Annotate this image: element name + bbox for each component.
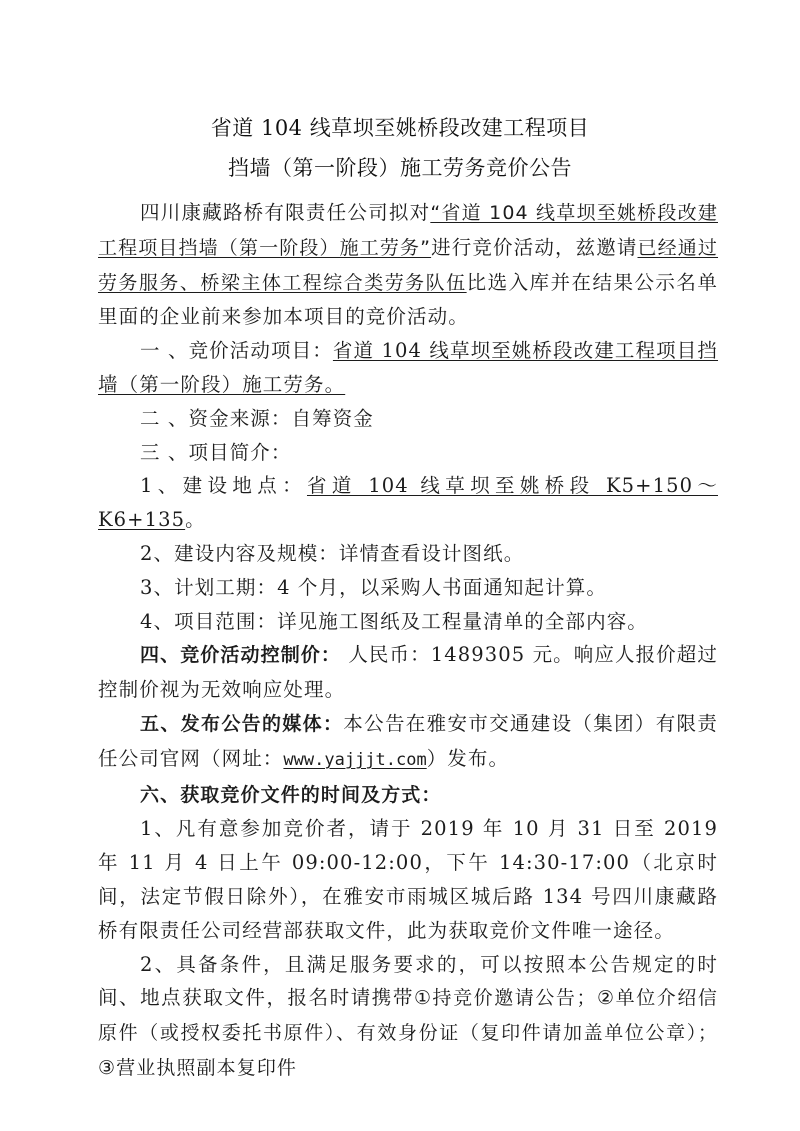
- document-title-line-1: 省道 104 线草坝至姚桥段改建工程项目: [0, 116, 800, 140]
- section-3-item-1: 1、建设地点：省道 104 线草坝至姚桥段 K5+150～K6+135。: [98, 469, 718, 537]
- intro-text-2: 进行竞价活动，兹邀请: [431, 236, 637, 259]
- section-6-item-2: 2、具备条件，且满足服务要求的，可以按照本公告规定的时间、地点获取文件，报名时请…: [98, 948, 718, 1086]
- section-2-label: 二 、资金来源：: [140, 407, 292, 430]
- document-page: 省道 104 线草坝至姚桥段改建工程项目 挡墙（第一阶段）施工劳务竞价公告 四川…: [0, 0, 800, 1131]
- section-4-label: 四、竞价活动控制价：: [140, 644, 341, 666]
- intro-paragraph: 四川康藏路桥有限责任公司拟对“省道 104 线草坝至姚桥段改建工程项目挡墙（第一…: [98, 196, 718, 334]
- section-3-item-3: 3、计划工期：4 个月，以采购人书面通知起计算。: [98, 571, 718, 605]
- section-6-item-1: 1、凡有意参加竞价者，请于 2019 年 10 月 31 日至 2019 年 1…: [98, 812, 718, 947]
- section-2-value: 自筹资金: [292, 407, 374, 430]
- section-3-item-4: 4、项目范围：详见施工图纸及工程量清单的全部内容。: [98, 605, 718, 639]
- section-5: 五、发布公告的媒体：本公告在雅安市交通建设（集团）有限责任公司官网（网址：www…: [98, 707, 718, 778]
- website-link[interactable]: www.yajjjt.com: [283, 750, 426, 770]
- section-5-text-end: ）发布。: [427, 747, 509, 770]
- section-3-item-2: 2、建设内容及规模：详情查看设计图纸。: [98, 537, 718, 571]
- section-4: 四、竞价活动控制价： 人民币：1489305 元。响应人报价超过控制价视为无效响…: [98, 638, 718, 707]
- intro-text-1: 四川康藏路桥有限责任公司拟对: [140, 201, 430, 224]
- section-1: 一 、竞价活动项目：省道 104 线草坝至姚桥段改建工程项目挡墙（第一阶段）施工…: [98, 334, 718, 402]
- item-suffix: 。: [185, 508, 206, 531]
- section-6: 六、获取竞价文件的时间及方式：: [98, 778, 718, 813]
- section-1-label: 一 、竞价活动项目：: [140, 339, 333, 362]
- section-6-label: 六、获取竞价文件的时间及方式：: [140, 784, 442, 806]
- item-value: 详情查看设计图纸。: [339, 542, 524, 565]
- section-2: 二 、资金来源：自筹资金: [98, 402, 718, 436]
- item-value: 详见施工图纸及工程量清单的全部内容。: [277, 610, 648, 633]
- section-3: 三 、项目简介：: [98, 436, 718, 470]
- item-label: 1、建设地点：: [140, 474, 307, 497]
- item-value: 4 个月，以采购人书面通知起计算。: [277, 576, 607, 599]
- item-label: 4、项目范围：: [140, 610, 277, 633]
- document-body: 四川康藏路桥有限责任公司拟对“省道 104 线草坝至姚桥段改建工程项目挡墙（第一…: [98, 196, 718, 1086]
- section-5-label: 五、发布公告的媒体：: [140, 713, 343, 735]
- item-label: 2、建设内容及规模：: [140, 542, 339, 565]
- document-title-line-2: 挡墙（第一阶段）施工劳务竞价公告: [0, 156, 800, 180]
- section-3-label: 三 、项目简介：: [140, 441, 292, 464]
- item-label: 3、计划工期：: [140, 576, 277, 599]
